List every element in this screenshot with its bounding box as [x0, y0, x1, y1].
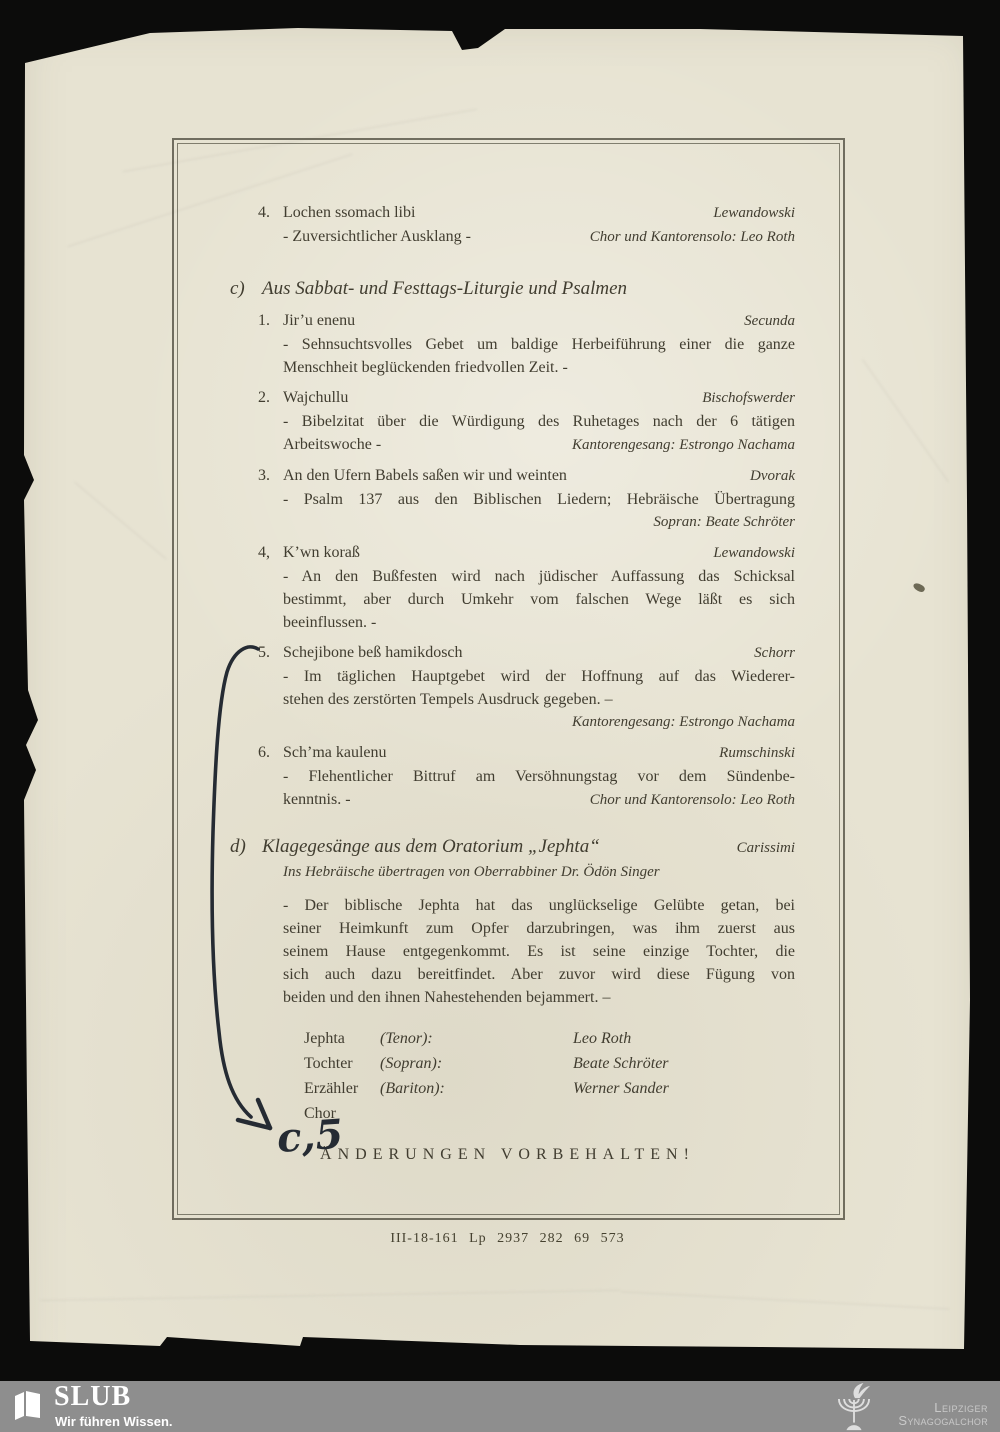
handwritten-annotation: c,5	[190, 620, 360, 1180]
heading-composer: Carissimi	[737, 835, 795, 861]
item-desc-line: - Sehnsuchtsvolles Gebet um baldige Herb…	[283, 333, 795, 356]
item-credit: Chor und Kantorensolo: Leo Roth	[590, 789, 795, 812]
item-number: 4,	[258, 541, 283, 564]
cast-voice: (Sopran):	[380, 1051, 573, 1076]
item-credit: Chor und Kantorensolo: Leo Roth	[590, 226, 795, 249]
ink-text: c,5	[275, 1110, 344, 1161]
crease	[40, 1290, 620, 1302]
section-heading-c: c)Aus Sabbat- und Festtags-Liturgie und …	[230, 276, 795, 302]
paper-speck	[912, 581, 926, 593]
paper: 4.Lochen ssomach libi Lewandowski - Zuve…	[0, 0, 1000, 1432]
item-composer: Bischofswerder	[702, 387, 795, 410]
slub-logo[interactable]: SLUB Wir führen Wissen.	[14, 1383, 314, 1430]
cast-row: Jephta (Tenor): Leo Roth	[304, 1026, 795, 1051]
choir-name-line2: Synagogalchor	[898, 1413, 988, 1428]
item-number: 3.	[258, 464, 283, 487]
item-composer: Secunda	[744, 310, 795, 333]
menorah-icon	[830, 1383, 878, 1432]
item-desc-line: bestimmt, aber durch Umkehr vom falschen…	[283, 588, 795, 611]
item-credit: Kantorengesang: Estrongo Nachama	[572, 434, 795, 457]
item-composer: Dvorak	[750, 465, 795, 488]
item-composer: Lewandowski	[713, 542, 795, 565]
item-title: 4.Lochen ssomach libi	[258, 201, 415, 224]
cast-performer: Leo Roth	[573, 1026, 631, 1051]
item-composer: Rumschinski	[719, 742, 795, 765]
section-title: Aus Sabbat- und Festtags-Liturgie und Ps…	[262, 278, 627, 299]
item-title: 2.Wajchullu	[258, 386, 348, 409]
item-desc-line: - Bibelzitat über die Würdigung des Ruhe…	[283, 410, 795, 433]
slub-tagline: Wir führen Wissen.	[55, 1414, 173, 1429]
page-background: 4.Lochen ssomach libi Lewandowski - Zuve…	[0, 0, 1000, 1432]
crease	[73, 482, 166, 561]
item-title: 1.Jir’u enenu	[258, 309, 355, 332]
section-label: c)	[230, 276, 262, 302]
item-number: 4.	[258, 201, 283, 224]
item-credit: Sopran: Beate Schröter	[258, 511, 795, 534]
item-tail-left: Arbeitswoche -	[283, 433, 381, 456]
cast-list: Jephta (Tenor): Leo Roth Tochter (Sopran…	[304, 1026, 795, 1126]
footer-bar: SLUB Wir führen Wissen. Leipziger Synago…	[0, 1381, 1000, 1432]
choir-logo[interactable]: Leipziger Synagogalchor	[830, 1381, 990, 1432]
list-item: 3.An den Ufern Babels saßen wir und wein…	[258, 464, 795, 534]
crease	[620, 1291, 950, 1310]
item-tail-left: - Zuversichtlicher Ausklang -	[283, 225, 471, 248]
cast-row: Tochter (Sopran): Beate Schröter	[304, 1051, 795, 1076]
item-title: 3.An den Ufern Babels saßen wir und wein…	[258, 464, 567, 487]
slub-wordmark: SLUB	[54, 1381, 131, 1413]
list-item: 1.Jir’u enenu Secunda - Sehnsuchtsvolles…	[258, 309, 795, 379]
ink-arrow	[212, 647, 270, 1128]
intro-item: 4.Lochen ssomach libi Lewandowski - Zuve…	[258, 201, 795, 249]
item-desc-line: - Psalm 137 aus den Biblischen Liedern; …	[283, 488, 795, 511]
cast-row: Erzähler (Bariton): Werner Sander	[304, 1076, 795, 1101]
item-number: 1.	[258, 309, 283, 332]
item-composer: Schorr	[754, 642, 795, 665]
slub-book-icon	[14, 1389, 42, 1421]
cast-row: Chor	[304, 1101, 795, 1126]
list-item: 2.Wajchullu Bischofswerder - Bibelzitat …	[258, 386, 795, 457]
cast-voice: (Bariton):	[380, 1076, 573, 1101]
crease	[861, 359, 949, 483]
item-desc-line: - An den Bußfesten wird nach jüdischer A…	[283, 565, 795, 588]
cast-performer: Werner Sander	[573, 1076, 669, 1101]
print-imprint: III-18-161 Lp 2937 282 69 573	[172, 1231, 843, 1247]
item-composer: Lewandowski	[713, 202, 795, 225]
item-title: 4,K’wn koraß	[258, 541, 360, 564]
item-number: 2.	[258, 386, 283, 409]
item-desc-line: Menschheit beglückenden friedvollen Zeit…	[283, 356, 795, 379]
cast-voice: (Tenor):	[380, 1026, 573, 1051]
cast-performer: Beate Schröter	[573, 1051, 669, 1076]
